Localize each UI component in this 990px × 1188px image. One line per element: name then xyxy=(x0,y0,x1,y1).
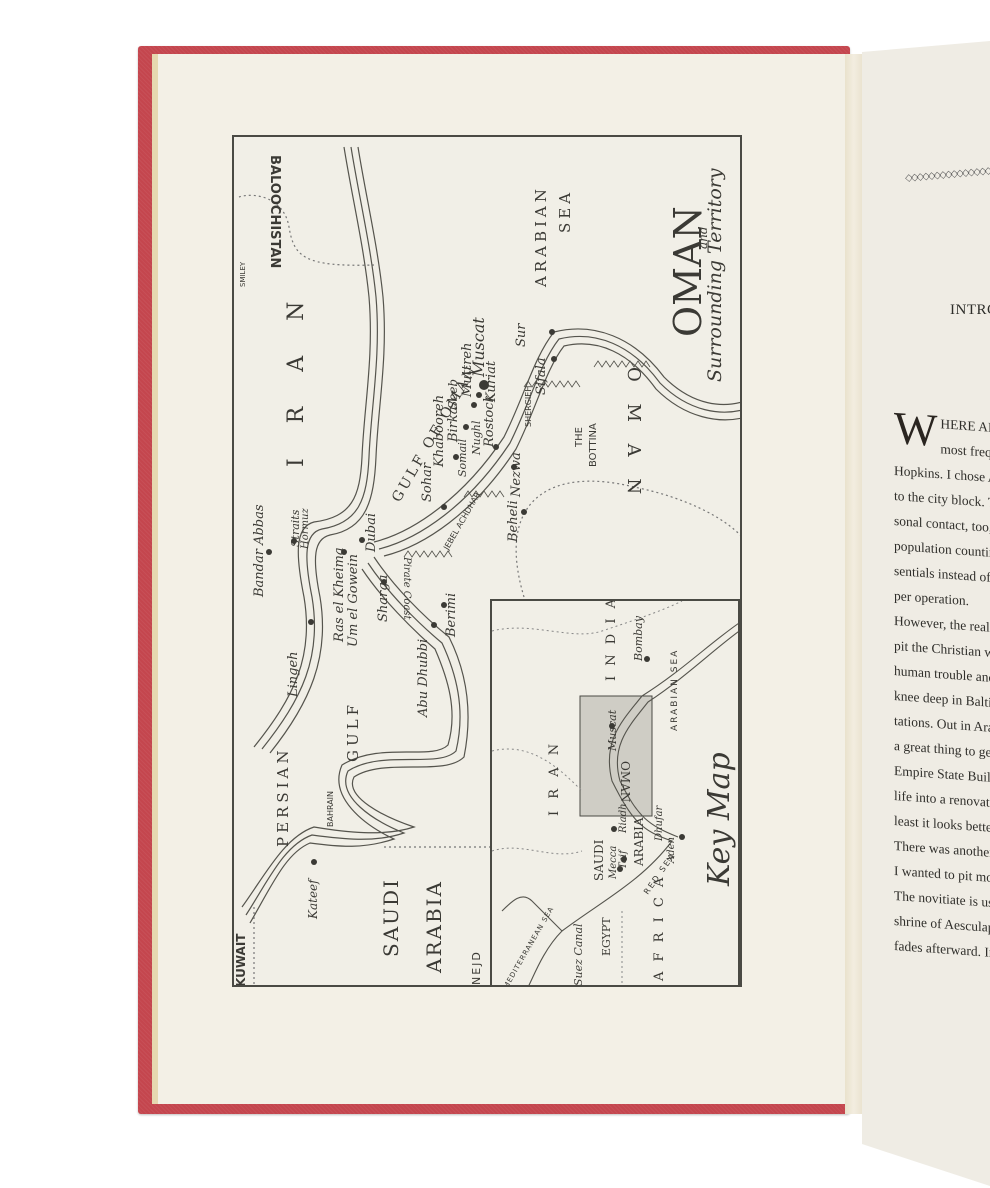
place-abu-dhubbi: Abu Dhubbi xyxy=(416,639,431,717)
key-label-oman: OMAN xyxy=(618,761,632,802)
label-kuwait: KUWAIT xyxy=(234,934,248,987)
place-nezwa: Nezwa xyxy=(509,452,524,497)
label-arabian: ARABIAN xyxy=(532,185,550,287)
key-label-india: I N D I A xyxy=(604,599,619,681)
place-birka: Birka xyxy=(446,406,461,442)
place-khabooreh: Khabooreh xyxy=(432,395,447,467)
place-um-el-gowein: Um el Gowein xyxy=(346,554,361,647)
place-lingeh: Lingeh xyxy=(286,651,301,697)
place-beheli: Beheli xyxy=(506,500,521,542)
key-label-iran: I R A N xyxy=(547,740,562,816)
key-label-egypt: EGYPT xyxy=(600,917,613,956)
place-dubai: Dubai xyxy=(364,513,379,552)
oman-map: BALOOCHISTAN SMILEY I R A N GULF OF OMAN… xyxy=(232,135,742,987)
label-iran: I R A N xyxy=(284,288,309,467)
key-label-bombay: Bombay xyxy=(632,616,645,661)
chapter-heading: INTRO xyxy=(950,302,990,319)
key-label-arabia: ARABIA xyxy=(632,817,646,866)
label-gulf: GULF xyxy=(344,701,362,762)
place-somail: Somail xyxy=(456,439,469,477)
label-baloochistan: BALOOCHISTAN xyxy=(267,155,282,268)
label-oman-region: O M A N xyxy=(623,367,644,502)
place-sohar: Sohar xyxy=(420,463,435,502)
key-label-suez: Suez Canal xyxy=(572,923,585,986)
place-sur: Sur xyxy=(514,324,529,348)
place-kuriat: Kuriat xyxy=(484,361,499,402)
place-rostock: Rostock xyxy=(482,395,497,448)
label-bahrain: BAHRAIN xyxy=(326,791,335,827)
label-shergieh: SHERGIEH xyxy=(524,386,533,427)
map-credit: SMILEY xyxy=(239,262,247,287)
key-label-taif: Taif xyxy=(618,850,629,869)
place-seeb: Seeb xyxy=(446,379,460,409)
label-bottina: BOTTINA xyxy=(588,423,599,467)
place-ras-el-kheima: Ras el Kheima xyxy=(332,547,347,642)
place-berimi: Berimi xyxy=(444,593,459,637)
label-pirate-coast: Pirate Coast xyxy=(401,557,412,620)
label-saudi: SAUDI xyxy=(379,878,403,957)
place-bandar-abbas: Bandar Abbas xyxy=(252,504,267,597)
key-map-title: Key Map xyxy=(702,752,737,886)
label-sea: SEA xyxy=(556,189,574,233)
chapter-body-text: W HERE ARE YOU most frequent Hopkins. I … xyxy=(894,408,990,972)
place-sifala: Sifala xyxy=(534,357,549,395)
key-label-dhufar: Dhufar xyxy=(654,806,665,841)
place-sharga: Sharga xyxy=(376,575,391,622)
label-hormuz: Hormuz xyxy=(300,508,311,549)
place-muttreh: Muttreh xyxy=(460,343,475,397)
drop-cap: W xyxy=(894,408,937,451)
map-subtitle: Surrounding Territory xyxy=(704,168,726,382)
label-arabia: ARABIA xyxy=(422,880,446,973)
label-the: THE xyxy=(574,427,585,447)
key-label-africa: A F R I C A xyxy=(652,875,667,981)
key-label-arabian-sea: ARABIAN SEA xyxy=(670,649,680,731)
key-map-inset: I N D I A Bombay I R A N Muscat OMAN SAU… xyxy=(490,599,740,987)
key-label-saudi: SAUDI xyxy=(592,840,606,881)
key-label-muscat: Muscat xyxy=(606,710,619,751)
label-nejd: NEJD xyxy=(470,950,483,985)
label-persian: PERSIAN xyxy=(274,747,292,848)
key-label-riadh: Riadh xyxy=(618,803,629,833)
place-kateef: Kateef xyxy=(306,879,320,919)
